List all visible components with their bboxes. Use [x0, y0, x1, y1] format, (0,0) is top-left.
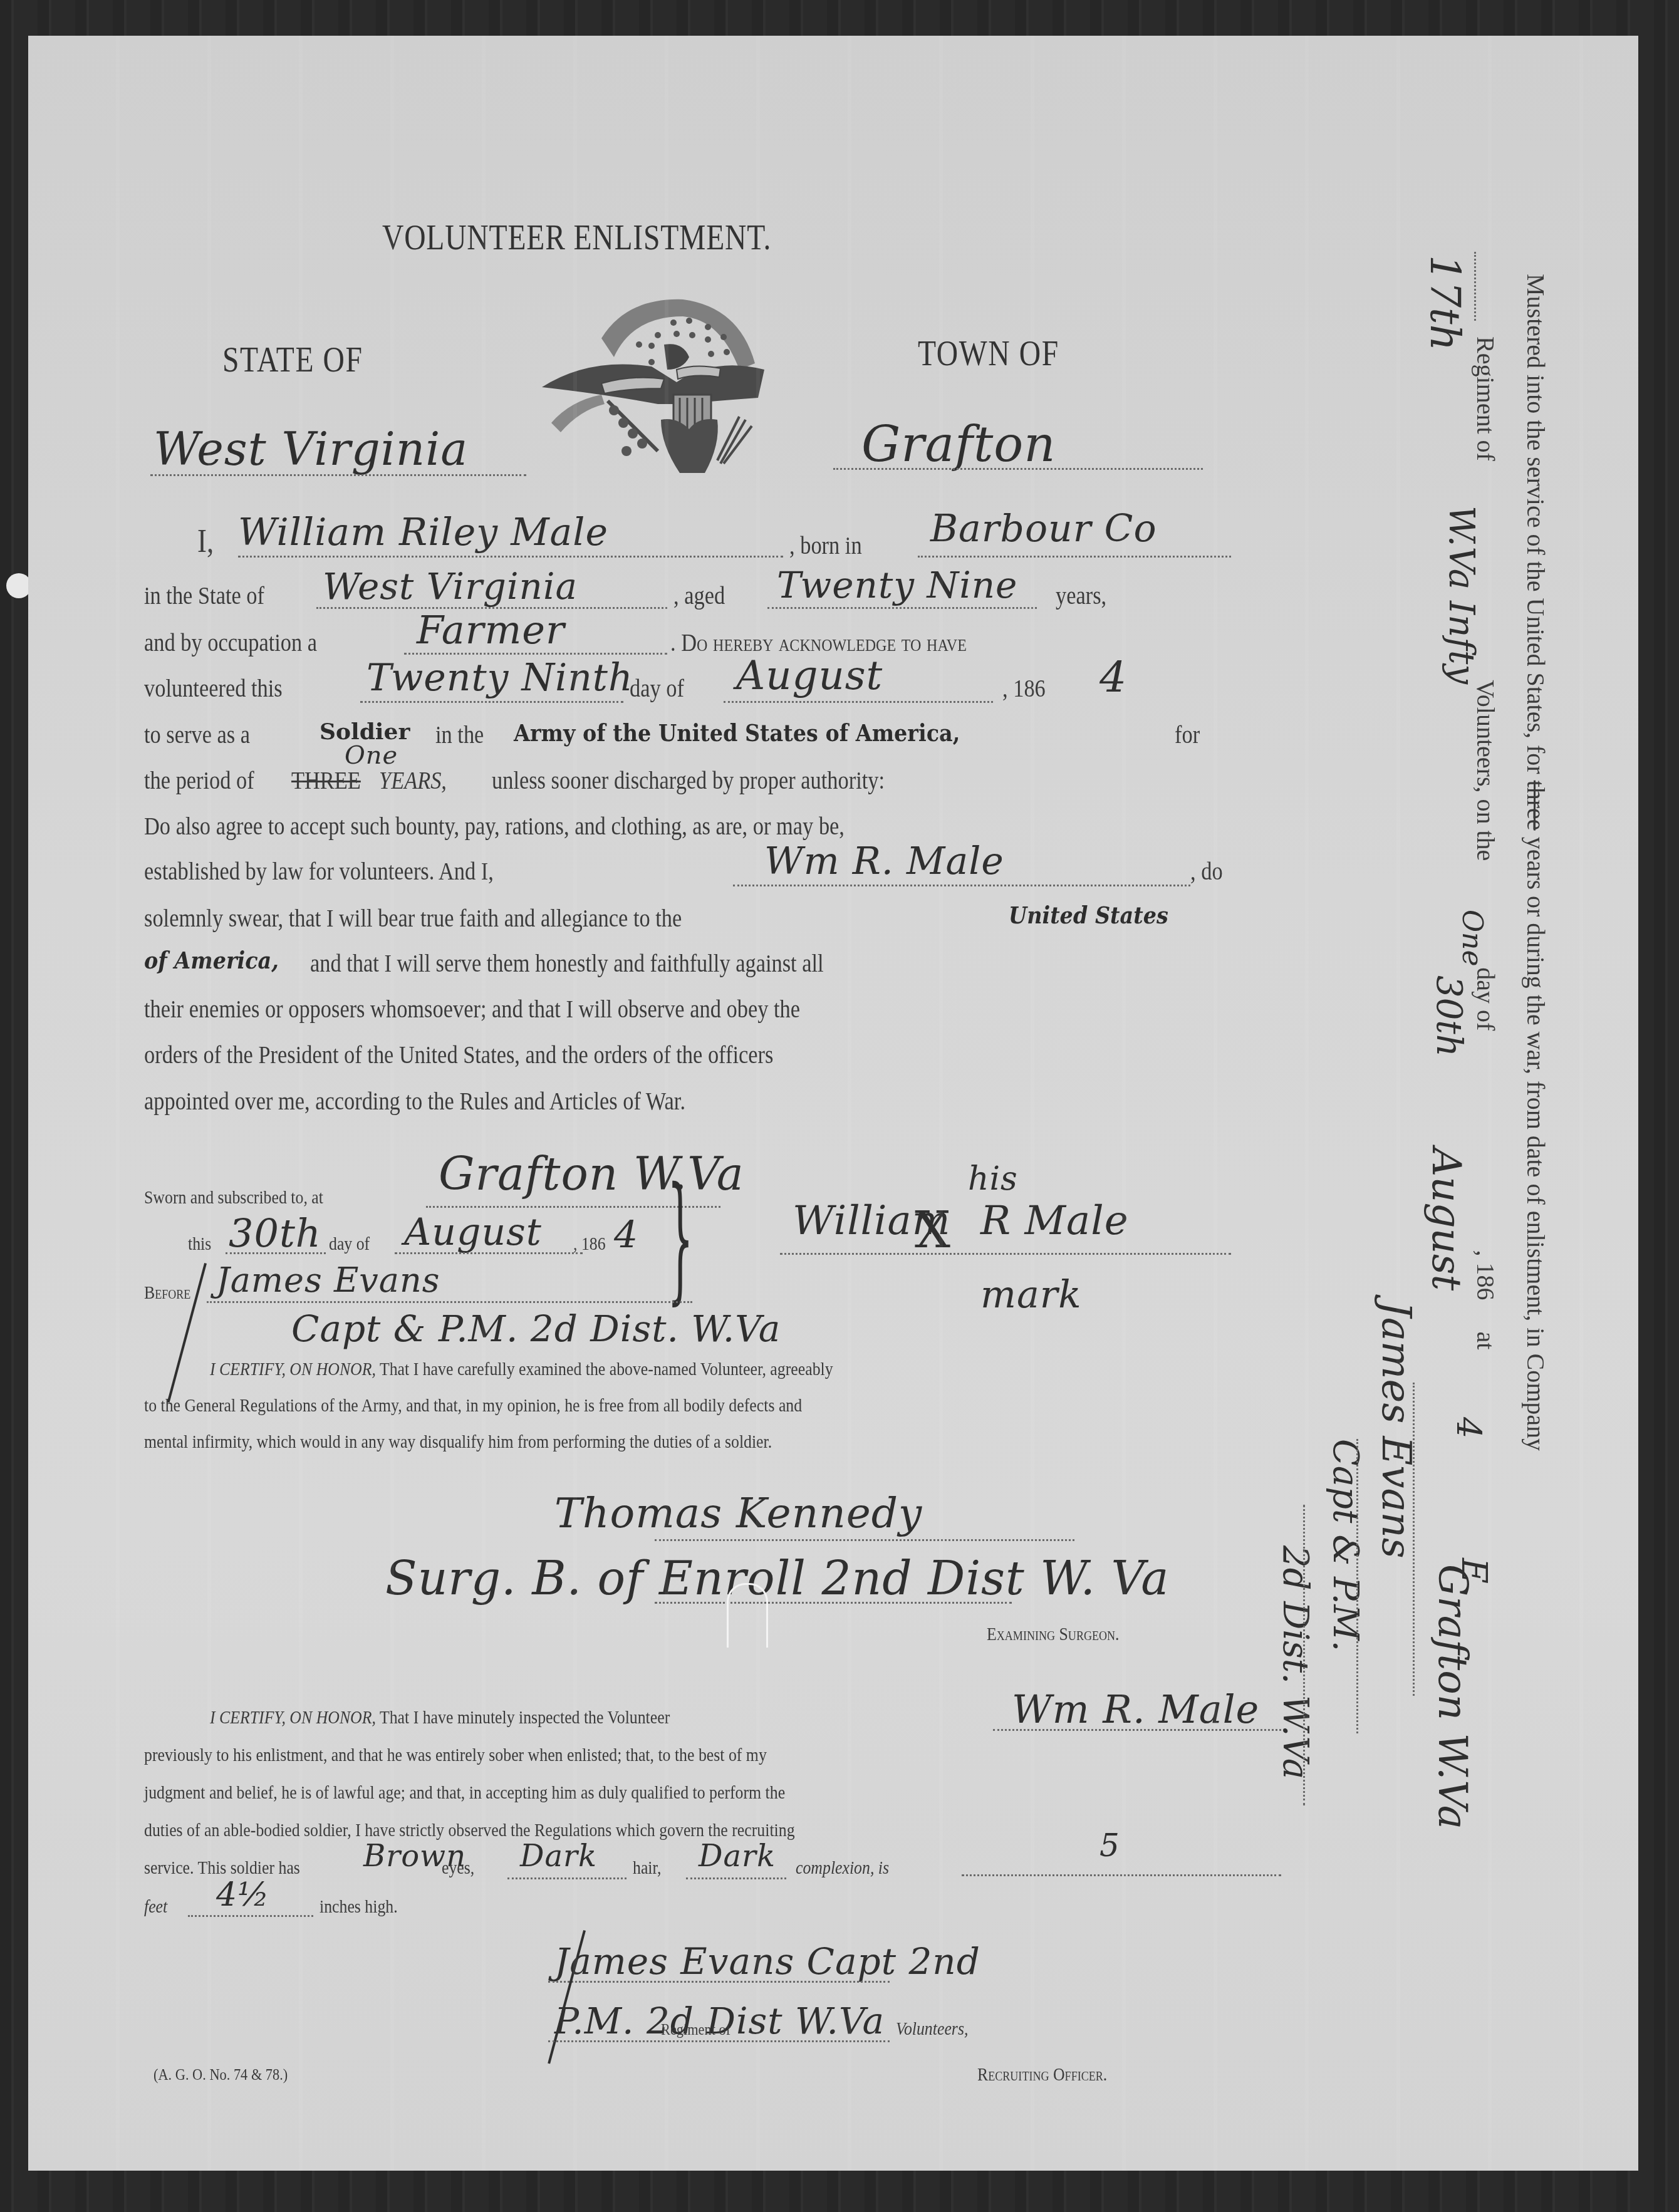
- muster-place-value: Grafton W.Va: [1429, 1564, 1475, 1829]
- form-reference: (A. G. O. No. 74 & 78.): [153, 2065, 288, 2084]
- surgeon-title: Surg. B. of Enroll 2nd Dist W. Va: [385, 1552, 1169, 1606]
- articles-text: appointed over me, according to the Rule…: [144, 1086, 685, 1116]
- recruiting-officer-label: Recruiting Officer.: [977, 2064, 1107, 2085]
- sworn-at-value: Grafton W.Va: [439, 1148, 744, 1200]
- recruiter-certify-l3: judgment and belief, he is of lawful age…: [144, 1782, 785, 1804]
- birthplace-underline: [918, 556, 1231, 558]
- swear-text: solemnly swear, that I will bear true fa…: [144, 903, 682, 933]
- sworn-at-label: Sworn and subscribed to, at: [144, 1187, 323, 1208]
- signature-mark-label: mark: [980, 1273, 1082, 1317]
- surgeon-certify-l1: That I have carefully examined the above…: [380, 1359, 833, 1379]
- occupation-value: Farmer: [417, 607, 565, 653]
- hair-color-value: Dark: [520, 1839, 597, 1874]
- before-underline: [207, 1301, 692, 1303]
- birthplace-value: Barbour Co: [930, 507, 1157, 551]
- muster-officer-district-line: [1303, 1505, 1305, 1805]
- town-underline: [833, 468, 1203, 470]
- inspected-name-underline: [993, 1729, 1281, 1731]
- surgeon-signature: Thomas Kennedy: [554, 1489, 922, 1537]
- year-prefix: , 186: [1002, 673, 1046, 703]
- muster-regiment-num-line: [1474, 252, 1476, 321]
- bounty-text: Do also agree to accept such bounty, pay…: [144, 811, 845, 841]
- inspected-volunteer-name: Wm R. Male: [1012, 1686, 1259, 1732]
- volunteer-day-underline: [360, 701, 623, 703]
- signature-last-name: R Male: [980, 1198, 1129, 1244]
- volunteer-year-digit: 4: [1099, 653, 1127, 702]
- aged-label: , aged: [673, 581, 725, 610]
- muster-volunteers-label: Volunteers, on the: [1472, 680, 1500, 861]
- complexion-value: Dark: [699, 1839, 776, 1874]
- in-the-label: in the: [435, 720, 484, 749]
- period-label: the period of: [144, 766, 254, 795]
- signature-his: his: [968, 1160, 1018, 1198]
- age-underline: [767, 607, 1037, 609]
- surgeon-title-underline: [655, 1602, 1012, 1604]
- surgeon-certify-l3: mental infirmity, which would in any way…: [144, 1431, 772, 1453]
- sworn-day-underline: [226, 1252, 326, 1254]
- surgeon-signature-underline: [655, 1539, 1074, 1541]
- sworn-day-value: 30th: [229, 1210, 321, 1256]
- age-value: Twenty Nine: [777, 564, 1017, 606]
- volunteer-month-underline: [724, 701, 993, 703]
- before-title: Capt & P.M. 2d Dist. W.Va: [291, 1307, 781, 1350]
- muster-officer-title: Capt & P.M.: [1325, 1439, 1366, 1651]
- examining-surgeon-label: Examining Surgeon.: [987, 1624, 1120, 1645]
- volunteers-label: Volunteers,: [896, 2018, 968, 2040]
- sworn-year-prefix: , 186: [573, 1233, 606, 1255]
- years-label: years,: [1056, 581, 1106, 610]
- born-in-label: , born in: [789, 531, 862, 560]
- height-inches-value: 4½: [216, 1876, 269, 1914]
- serve-text: and that I will serve them honestly and …: [310, 948, 824, 978]
- town-label: TOWN OF: [918, 332, 1059, 374]
- recruiter-certify-l2: previously to his enlistment, and that h…: [144, 1745, 767, 1766]
- muster-line1: Mustered into the service of the United …: [1521, 274, 1551, 1451]
- town-value: Grafton: [861, 417, 1056, 473]
- signature-underline: [780, 1253, 1231, 1255]
- sworn-month-value: August: [404, 1210, 542, 1254]
- army-name: Army of the United States of America,: [514, 719, 960, 747]
- volunteer-day-value: Twenty Ninth: [366, 656, 633, 700]
- orders-text: orders of the President of the United St…: [144, 1040, 773, 1069]
- for-label: for: [1175, 720, 1200, 749]
- page-title: VOLUNTEER ENLISTMENT.: [382, 216, 771, 258]
- state-of-birth-label: in the State of: [144, 581, 264, 610]
- before-value: James Evans: [216, 1260, 440, 1300]
- muster-year-digit: 4: [1448, 1417, 1488, 1438]
- serve-as-label: to serve as a: [144, 720, 250, 749]
- sworn-day-of-label: day of: [329, 1233, 370, 1255]
- height-feet-underline: [962, 1874, 1281, 1876]
- sworn-year-digit: 4: [614, 1213, 638, 1257]
- muster-day-of-label: day of: [1472, 967, 1500, 1031]
- oath-name-underline: [733, 885, 1190, 886]
- birth-state-value: West Virginia: [323, 565, 578, 608]
- scan-blemish: [6, 573, 31, 598]
- day-of-label: day of: [630, 673, 684, 703]
- feet-label: feet: [144, 1896, 167, 1918]
- document-page: VOLUNTEER ENLISTMENT. STATE OF TOWN OF W…: [28, 36, 1638, 2171]
- complexion-label: complexion, is: [796, 1857, 889, 1879]
- surgeon-certify-lead: I CERTIFY, ON HONOR,: [210, 1359, 376, 1379]
- recruiter-signature: James Evans Capt 2nd: [554, 1940, 980, 1983]
- recruiter-certify-l4: duties of an able-bodied soldier, I have…: [144, 1820, 795, 1841]
- occupation-underline: [404, 653, 667, 655]
- scan-artifact-arc: [727, 1583, 768, 1648]
- muster-officer-sig-line: [1413, 1383, 1415, 1696]
- struck-term: THREE: [291, 766, 361, 795]
- muster-regiment-number: 17th: [1421, 255, 1469, 351]
- state-value: West Virginia: [153, 423, 468, 475]
- muster-year-prefix: , 186: [1472, 1250, 1500, 1300]
- recruiter-regiment-underline: [548, 2040, 890, 2042]
- established-text: established by law for volunteers. And I…: [144, 856, 494, 886]
- muster-regiment-label: Regiment of: [1472, 336, 1500, 461]
- regiment-of-label: Regiment of: [661, 2020, 730, 2039]
- muster-month-value: August: [1423, 1148, 1469, 1290]
- muster-regiment-state: W.Va Infty: [1441, 506, 1482, 684]
- sworn-month-underline: [395, 1252, 583, 1254]
- muster-line2: Regiment of Volunteers, on the day of , …: [1471, 336, 1500, 1349]
- muster-line1-text: Mustered into the service of the United …: [1522, 274, 1550, 774]
- recruiter-signature-underline: [548, 1981, 890, 1983]
- height-inches-underline: [188, 1915, 313, 1917]
- hair-label: hair,: [633, 1857, 662, 1879]
- enemies-text: their enemies or opposers whomsoever; an…: [144, 994, 800, 1024]
- state-underline: [150, 474, 526, 476]
- before-label: Before: [144, 1282, 190, 1304]
- recruiter-certify-lead: I CERTIFY, ON HONOR,: [210, 1707, 376, 1728]
- pronoun-i: I,: [197, 523, 214, 560]
- of-america-bold: of America,: [144, 946, 279, 974]
- do-label: , do: [1190, 856, 1223, 886]
- sworn-this-label: this: [188, 1233, 211, 1255]
- muster-at-label: at: [1472, 1331, 1500, 1349]
- soldier-has-label: service. This soldier has: [144, 1857, 300, 1879]
- recruiter-certify-l1: That I have minutely inspected the Volun…: [380, 1707, 670, 1728]
- discharge-text: unless sooner discharged by proper autho…: [492, 766, 885, 795]
- years-text: YEARS,: [379, 766, 447, 795]
- hair-underline: [507, 1877, 626, 1879]
- oath-name: Wm R. Male: [764, 839, 1004, 883]
- muster-term-struck: three: [1522, 781, 1550, 831]
- muster-day-value: 30th: [1428, 975, 1469, 1057]
- eyes-label: eyes,: [442, 1857, 474, 1879]
- volunteered-label: volunteered this: [144, 673, 283, 703]
- surgeon-certify-l2: to the General Regulations of the Army, …: [144, 1395, 802, 1416]
- state-label: STATE OF: [222, 338, 363, 380]
- muster-officer-district: 2d Dist. W.Va: [1275, 1545, 1316, 1779]
- eagle-seal-icon: [533, 294, 764, 476]
- united-states-bold: United States: [1009, 901, 1168, 929]
- name-underline: [238, 556, 783, 558]
- occupation-label: and by occupation a: [144, 628, 317, 657]
- volunteer-month-value: August: [736, 653, 883, 699]
- height-feet-value: 5: [1099, 1827, 1120, 1864]
- muster-line1-b: years or during the war, from date of en…: [1522, 837, 1550, 1451]
- muster-officer-signature: James Evans: [1373, 1301, 1419, 1559]
- brace-glyph: }: [667, 1157, 694, 1317]
- volunteer-name: William Riley Male: [238, 511, 608, 554]
- complexion-underline: [686, 1877, 786, 1879]
- inches-high-label: inches high.: [320, 1896, 398, 1918]
- muster-officer-title-line: [1356, 1439, 1358, 1733]
- signature-x-mark: X: [915, 1201, 951, 1259]
